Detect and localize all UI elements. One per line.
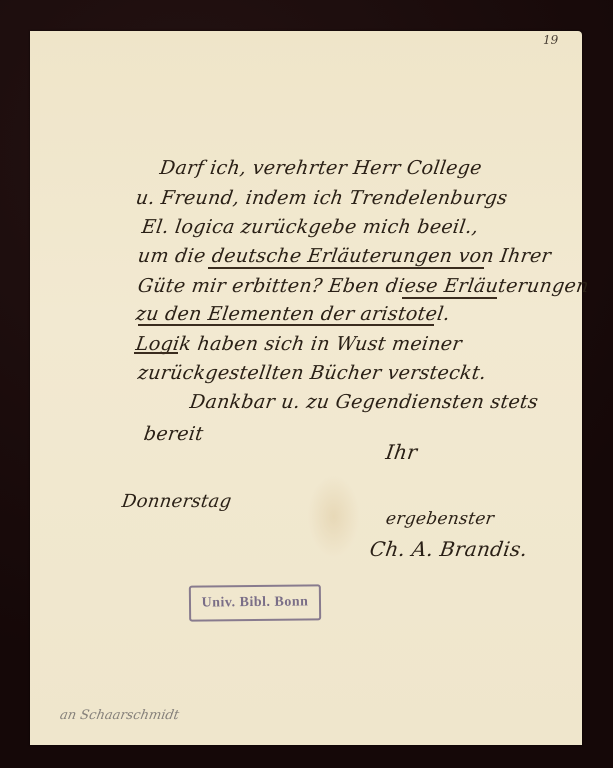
- pencil-note: an Schaarschmidt: [59, 708, 181, 723]
- letter-line-6: zu den Elementen der aristotel.: [134, 303, 451, 325]
- underline-deutsche-erlaeuterungen: [208, 267, 484, 269]
- underline-elementen: [138, 324, 434, 326]
- signature: Ch. A. Brandis.: [368, 537, 529, 561]
- library-stamp-text: Univ. Bibl. Bonn: [201, 594, 308, 611]
- library-stamp: Univ. Bibl. Bonn: [189, 584, 321, 621]
- letter-paper: 19 Darf ich, verehrter Herr College u. F…: [30, 31, 582, 745]
- letter-line-7: Logik haben sich in Wust meiner: [134, 333, 463, 355]
- letter-line-4: um die deutsche Erläuterungen von Ihrer: [136, 245, 552, 267]
- valediction: ergebenster: [385, 509, 496, 529]
- date-note: Donnerstag: [121, 491, 233, 512]
- letter-line-4-text: um die deutsche Erläuterungen von Ihrer: [136, 245, 552, 267]
- closing-ihr: Ihr: [384, 440, 419, 464]
- letter-line-5: Güte mir erbitten? Eben diese Erläuterun…: [136, 275, 590, 297]
- underline-logik: [134, 352, 178, 354]
- letter-line-3: El. logica zurückgebe mich beeil.,: [140, 216, 480, 238]
- underline-erlaeuterungen: [402, 297, 497, 299]
- letter-line-9: Dankbar u. zu Gegendiensten stets: [188, 391, 539, 413]
- letter-line-1: Darf ich, verehrter Herr College: [158, 157, 483, 179]
- folio-number: 19: [543, 33, 558, 47]
- letter-line-2: u. Freund, indem ich Trendelenburgs: [134, 187, 509, 209]
- letter-line-10: bereit: [142, 423, 204, 445]
- letter-line-8: zurückgestellten Bücher versteckt.: [136, 362, 487, 384]
